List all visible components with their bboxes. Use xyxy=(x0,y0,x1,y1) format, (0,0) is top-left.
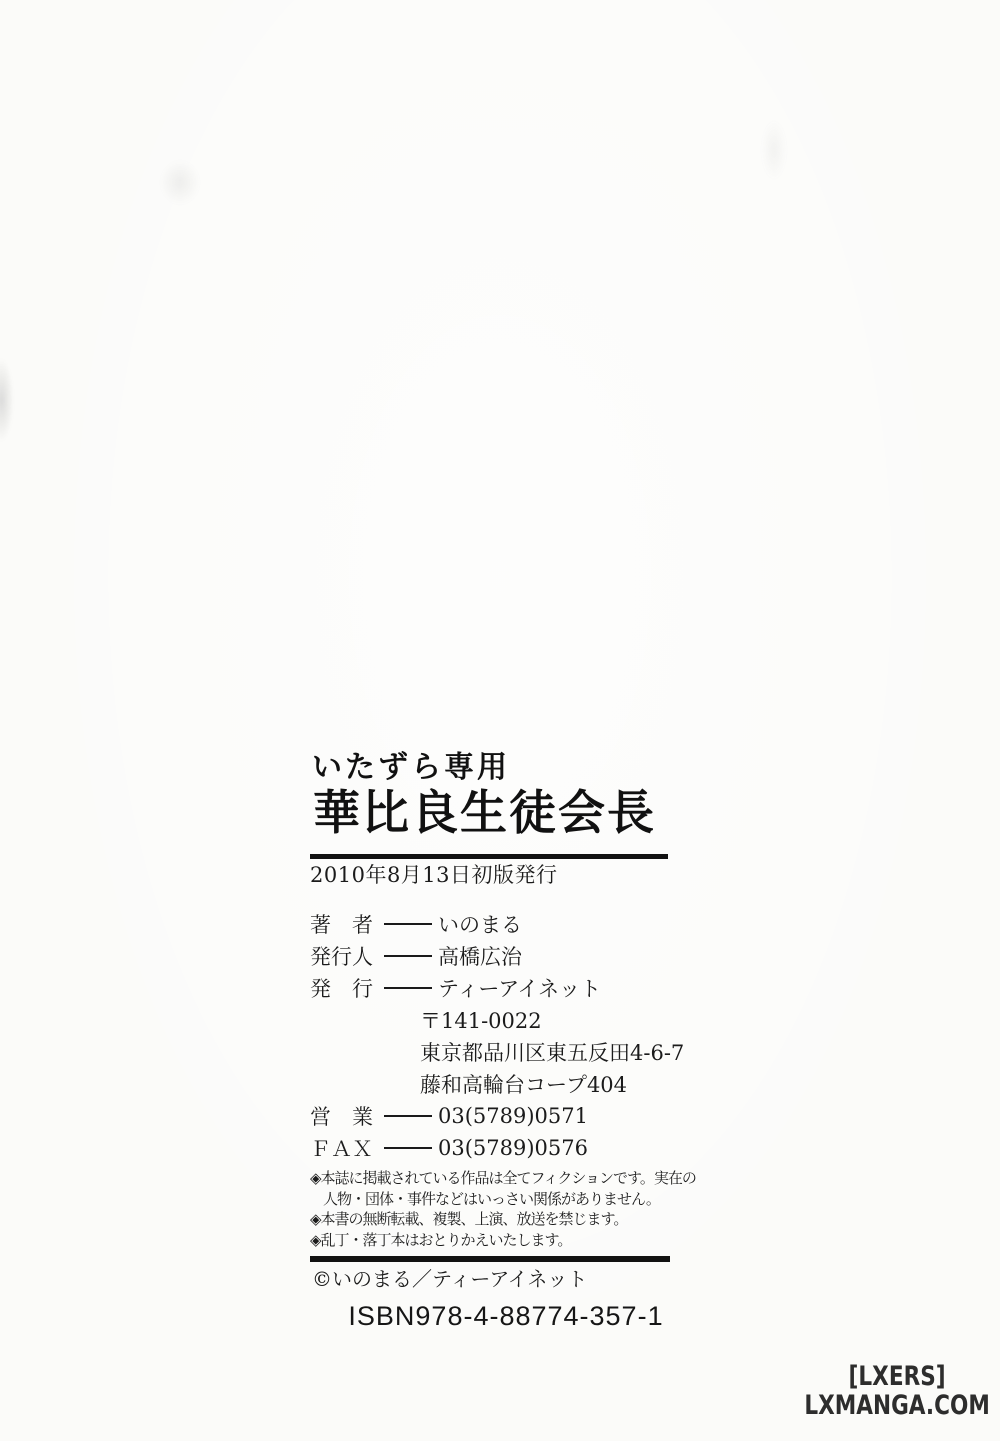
notice-defective-copies: ◈乱丁・落丁本はおとりかえいたします。 xyxy=(310,1230,670,1251)
contact-label: ＦＡＸ xyxy=(310,1133,378,1163)
leader-dash xyxy=(384,923,432,925)
contact-row-fax: ＦＡＸ 03(5789)0576 xyxy=(310,1132,670,1164)
postal-code-line: 〒141-0022 xyxy=(310,1004,670,1036)
phone-number: 03(5789)0571 xyxy=(438,1104,588,1128)
watermark-domain: LXMANGA.COM xyxy=(805,1391,990,1420)
credit-label: 発行人 xyxy=(310,941,378,971)
leader-dash xyxy=(384,1115,432,1117)
address-line: 藤和高輪台コープ404 xyxy=(310,1068,670,1100)
credit-value: 高橋広治 xyxy=(438,941,522,971)
credit-row-author: 著 者 いのまる xyxy=(310,908,670,940)
legal-notices: ◈本誌に掲載されている作品は全てフィクションです。実在の 人物・団体・事件などは… xyxy=(310,1168,670,1250)
notice-fiction-disclaimer-cont: 人物・団体・事件などはいっさい関係がありません。 xyxy=(310,1189,670,1210)
publication-info: 著 者 いのまる 発行人 高橋広治 発 行 ティーアイネット 〒141-0022… xyxy=(310,908,670,1164)
address-line: 東京都品川区東五反田4-6-7 xyxy=(310,1036,670,1068)
colophon-block: いたずら専用 華比良生徒会長 2010年8月13日初版発行 著 者 いのまる 発… xyxy=(310,750,670,1332)
series-subtitle: いたずら専用 xyxy=(310,750,670,786)
divider-rule-bottom xyxy=(310,1256,670,1262)
credit-label: 発 行 xyxy=(310,973,378,1003)
credit-value: ティーアイネット xyxy=(438,973,601,1003)
fax-number: 03(5789)0576 xyxy=(438,1136,588,1160)
watermark-tag: [LXERS] xyxy=(805,1362,990,1391)
edition-date: 2010年8月13日初版発行 xyxy=(310,860,670,890)
scan-smudge xyxy=(0,358,14,442)
scanned-colophon-page: いたずら専用 華比良生徒会長 2010年8月13日初版発行 著 者 いのまる 発… xyxy=(0,0,1000,1441)
credit-value: いのまる xyxy=(438,909,522,939)
scan-smudge xyxy=(762,120,786,180)
site-watermark: [LXERS] LXMANGA.COM xyxy=(805,1362,990,1420)
scan-smudge xyxy=(160,160,200,205)
leader-dash xyxy=(384,987,432,989)
divider-rule-top xyxy=(310,854,668,859)
leader-dash xyxy=(384,1147,432,1149)
credit-label: 著 者 xyxy=(310,909,378,939)
isbn-number: ISBN978-4-88774-357-1 xyxy=(310,1300,670,1332)
notice-fiction-disclaimer: ◈本誌に掲載されている作品は全てフィクションです。実在の xyxy=(310,1168,670,1189)
contact-row-sales: 営 業 03(5789)0571 xyxy=(310,1100,670,1132)
book-title: 華比良生徒会長 xyxy=(310,786,670,842)
leader-dash xyxy=(384,955,432,957)
credit-row-publisher-person: 発行人 高橋広治 xyxy=(310,940,670,972)
contact-label: 営 業 xyxy=(310,1101,378,1131)
copyright-line: ©いのまる／ティーアイネット xyxy=(310,1266,670,1292)
credit-row-publishing-house: 発 行 ティーアイネット xyxy=(310,972,670,1004)
notice-no-reproduction: ◈本書の無断転載、複製、上演、放送を禁じます。 xyxy=(310,1209,670,1230)
